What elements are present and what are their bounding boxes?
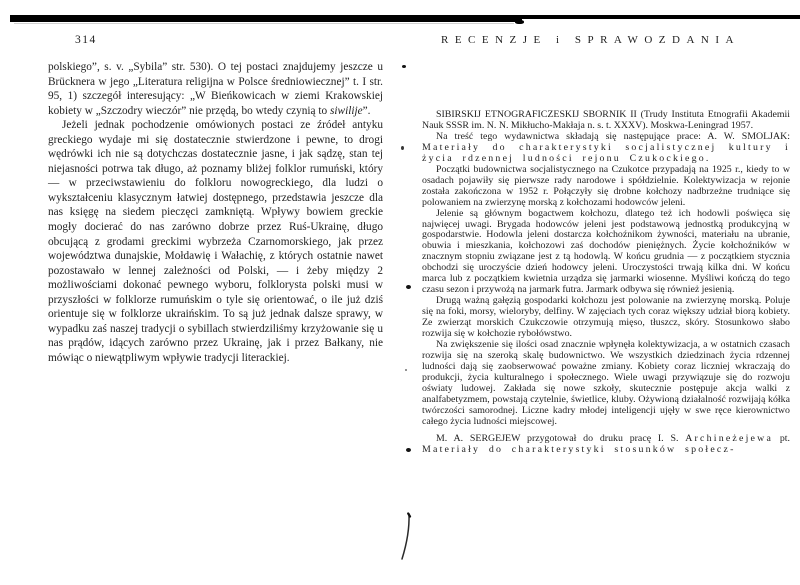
ink-speck xyxy=(401,146,404,150)
left-page-text-column: polskiego”, s. v. „Sybila” str. 530). O … xyxy=(48,60,383,365)
scan-edge-bar xyxy=(10,15,522,22)
ink-speck xyxy=(405,369,407,371)
paragraph-text-spaced: Materiały do charakterystyki stosunków s… xyxy=(422,444,736,455)
paragraph-text: Na treść tego wydawnictwa składają się n… xyxy=(436,131,790,142)
scan-edge-bar-thin xyxy=(520,15,800,19)
paragraph: Drugą ważną gałęzią gospodarki kołchozu … xyxy=(422,296,790,340)
ink-speck xyxy=(406,448,411,452)
pen-stroke-mark xyxy=(399,512,413,562)
paragraph: M. A. SERGEJEW przygotował do druku prac… xyxy=(422,434,790,456)
scanned-journal-spread: { "colors": { "paper": "#ffffff", "ink":… xyxy=(0,0,800,585)
paragraph: Początki budownictwa socjalistycznego na… xyxy=(422,165,790,209)
paragraph: Na zwiększenie się ilości osad znacznie … xyxy=(422,340,790,428)
page-number: 314 xyxy=(75,34,97,46)
paragraph-text-spaced: Archineżejewa xyxy=(685,433,773,444)
paragraph: Jeżeli jednak pochodzenie omówionych pos… xyxy=(48,118,383,365)
paragraph-text: M. A. SERGEJEW przygotował do druku prac… xyxy=(436,433,685,444)
paragraph-text: Drugą ważną gałęzią gospodarki kołchozu … xyxy=(422,295,790,339)
paragraph-text: pt. xyxy=(773,433,790,444)
paragraph: Jelenie są głównym bogactwem kołchozu, d… xyxy=(422,209,790,297)
paragraph: polskiego”, s. v. „Sybila” str. 530). O … xyxy=(48,60,383,118)
right-page-text-column: SIBIRSKIJ ETNOGRAFICZESKIJ SBORNIK II (T… xyxy=(422,110,790,456)
ink-speck xyxy=(402,65,406,68)
bibliographic-entry: SIBIRSKIJ ETNOGRAFICZESKIJ SBORNIK II (T… xyxy=(422,110,790,132)
paragraph-text-spaced: Materiały do charakterystyki socjalistyc… xyxy=(422,142,790,164)
running-header: RECENZJE i SPRAWOZDANIA xyxy=(441,34,740,46)
paragraph-text: Na zwiększenie się ilości osad znacznie … xyxy=(422,339,790,427)
paragraph-text: Początki budownictwa socjalistycznego na… xyxy=(422,164,790,208)
ink-speck xyxy=(406,285,411,289)
paragraph: Na treść tego wydawnictwa składają się n… xyxy=(422,132,790,165)
paragraph-text: Jelenie są głównym bogactwem kołchozu, d… xyxy=(422,208,790,296)
scan-edge-bar-shadow xyxy=(14,23,514,24)
paragraph-text: SIBIRSKIJ ETNOGRAFICZESKIJ SBORNIK II (T… xyxy=(422,109,790,131)
paragraph-text: ”. xyxy=(363,105,371,117)
paragraph-text: Jeżeli jednak pochodzenie omówionych pos… xyxy=(48,119,383,364)
scan-edge-bar-notch xyxy=(515,20,524,24)
paragraph-text-italic: siwilije xyxy=(330,105,363,117)
